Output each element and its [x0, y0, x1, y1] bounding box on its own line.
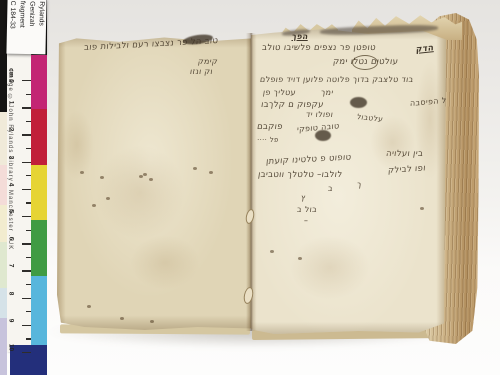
ink-ring: [352, 55, 378, 70]
ink-speck: [209, 171, 213, 174]
ruler-number: 2: [8, 122, 15, 138]
color-patch: [31, 165, 47, 220]
right-page-handwriting-line: לולבו– טלטלך ווטביבן: [257, 170, 343, 180]
ink-stain: [370, 115, 415, 170]
ruler-tick: [22, 298, 31, 299]
ruler-tick: [22, 352, 31, 353]
ruler-tick: [22, 134, 31, 135]
ruler-halftick: [26, 284, 31, 285]
ink-stain: [415, 60, 445, 180]
ruler-tick: [22, 243, 31, 244]
navy-color-patch: [10, 345, 47, 375]
specimen-label-line: Genizah: [26, 1, 37, 56]
ruler-halftick: [26, 338, 31, 339]
ink-speck: [420, 207, 424, 210]
ink-speck: [270, 250, 274, 253]
ruler-halftick: [26, 148, 31, 149]
ink-speck: [120, 317, 124, 320]
ruler-tick: [22, 216, 31, 217]
specimen-label-line: fragment: [16, 1, 27, 56]
left-page-handwriting-line: קימק: [197, 57, 218, 66]
ruler-number: 8: [8, 285, 15, 301]
right-page-handwriting-line: ופולו יד: [305, 110, 333, 119]
ruler-number: 9: [8, 312, 15, 328]
pastel-color-patch: [0, 205, 7, 242]
ink-speck: [150, 320, 154, 323]
specimen-label-line: C 184-33: [6, 1, 17, 56]
ink-speck: [149, 178, 153, 181]
ruler-halftick: [26, 230, 31, 231]
ruler-halftick: [26, 94, 31, 95]
pastel-color-patch: [0, 55, 7, 112]
ink-stain: [130, 235, 200, 290]
digitized-manuscript-photo: Image © John Rylands Library . Mancheste…: [0, 0, 500, 375]
ink-speck: [106, 197, 110, 200]
ruler-tick: [22, 162, 31, 163]
color-patch: [31, 109, 47, 165]
ruler-number: 4: [8, 176, 15, 192]
ink-speck: [100, 176, 104, 179]
ink-speck: [298, 257, 302, 260]
ruler-halftick: [26, 257, 31, 258]
right-page-handwriting-line: ימך: [320, 88, 334, 97]
ink-stain: [60, 110, 94, 180]
right-page-handwriting-line: הדק: [416, 43, 434, 55]
specimen-label-text: RylandsGenizahfragmentC 184-33: [6, 0, 47, 57]
ruler-number: 10: [8, 340, 15, 356]
right-page-handwriting-line: בול ב: [296, 205, 317, 214]
left-page-handwriting-line: וק ונזו: [189, 67, 213, 76]
ruler-tick: [22, 325, 31, 326]
ruler-tick: [22, 189, 31, 190]
pastel-color-patch: [0, 112, 7, 165]
ruler-halftick: [26, 175, 31, 176]
right-page-handwriting-line: עקפוק ם קלךבו: [260, 100, 324, 110]
ruler-tick: [22, 270, 31, 271]
ink-stain: [95, 145, 185, 240]
ruler-halftick: [26, 121, 31, 122]
ruler-number: 7: [8, 258, 15, 274]
ink-blob: [315, 130, 331, 141]
ink-stain: [290, 235, 370, 300]
ink-speck: [80, 171, 84, 174]
ruler-number: 5: [8, 204, 15, 220]
color-patch: [31, 276, 47, 345]
right-page-handwriting-line: בוד טלצבק בדוך פלוטה פלוען דויד פופלם: [259, 75, 414, 84]
pastel-color-patch: [0, 318, 7, 375]
ink-blob: [350, 97, 367, 108]
ink-speck: [92, 204, 96, 207]
ruler-number: 1: [8, 95, 15, 111]
ruler-tick: [22, 80, 31, 81]
pastel-color-patch: [0, 288, 7, 318]
color-patch: [31, 220, 47, 276]
ruler-number: cm 0: [8, 68, 15, 84]
right-page-handwriting-line: פוקבם: [256, 122, 283, 132]
ink-speck: [143, 173, 147, 176]
pastel-color-patch: [0, 165, 7, 205]
ruler-halftick: [26, 202, 31, 203]
ruler-halftick: [26, 311, 31, 312]
pastel-color-patch: [0, 242, 7, 288]
right-page-handwriting-line: טופטן פר נצפים פלשיבו טולב: [261, 43, 376, 53]
ruler-number: 3: [8, 149, 15, 165]
right-page-handwriting-line: ···· פל: [256, 136, 279, 144]
right-page-handwriting-line: עטליך פן: [262, 88, 296, 97]
ruler-tick: [22, 107, 31, 108]
color-patch: [31, 55, 47, 109]
specimen-label: RylandsGenizahfragmentC 184-33: [6, 0, 46, 54]
ink-speck: [139, 175, 143, 178]
ink-speck: [87, 305, 91, 308]
ruler-number: 6: [8, 231, 15, 247]
specimen-label-line: Rylands: [35, 1, 46, 56]
ink-speck: [193, 167, 197, 170]
